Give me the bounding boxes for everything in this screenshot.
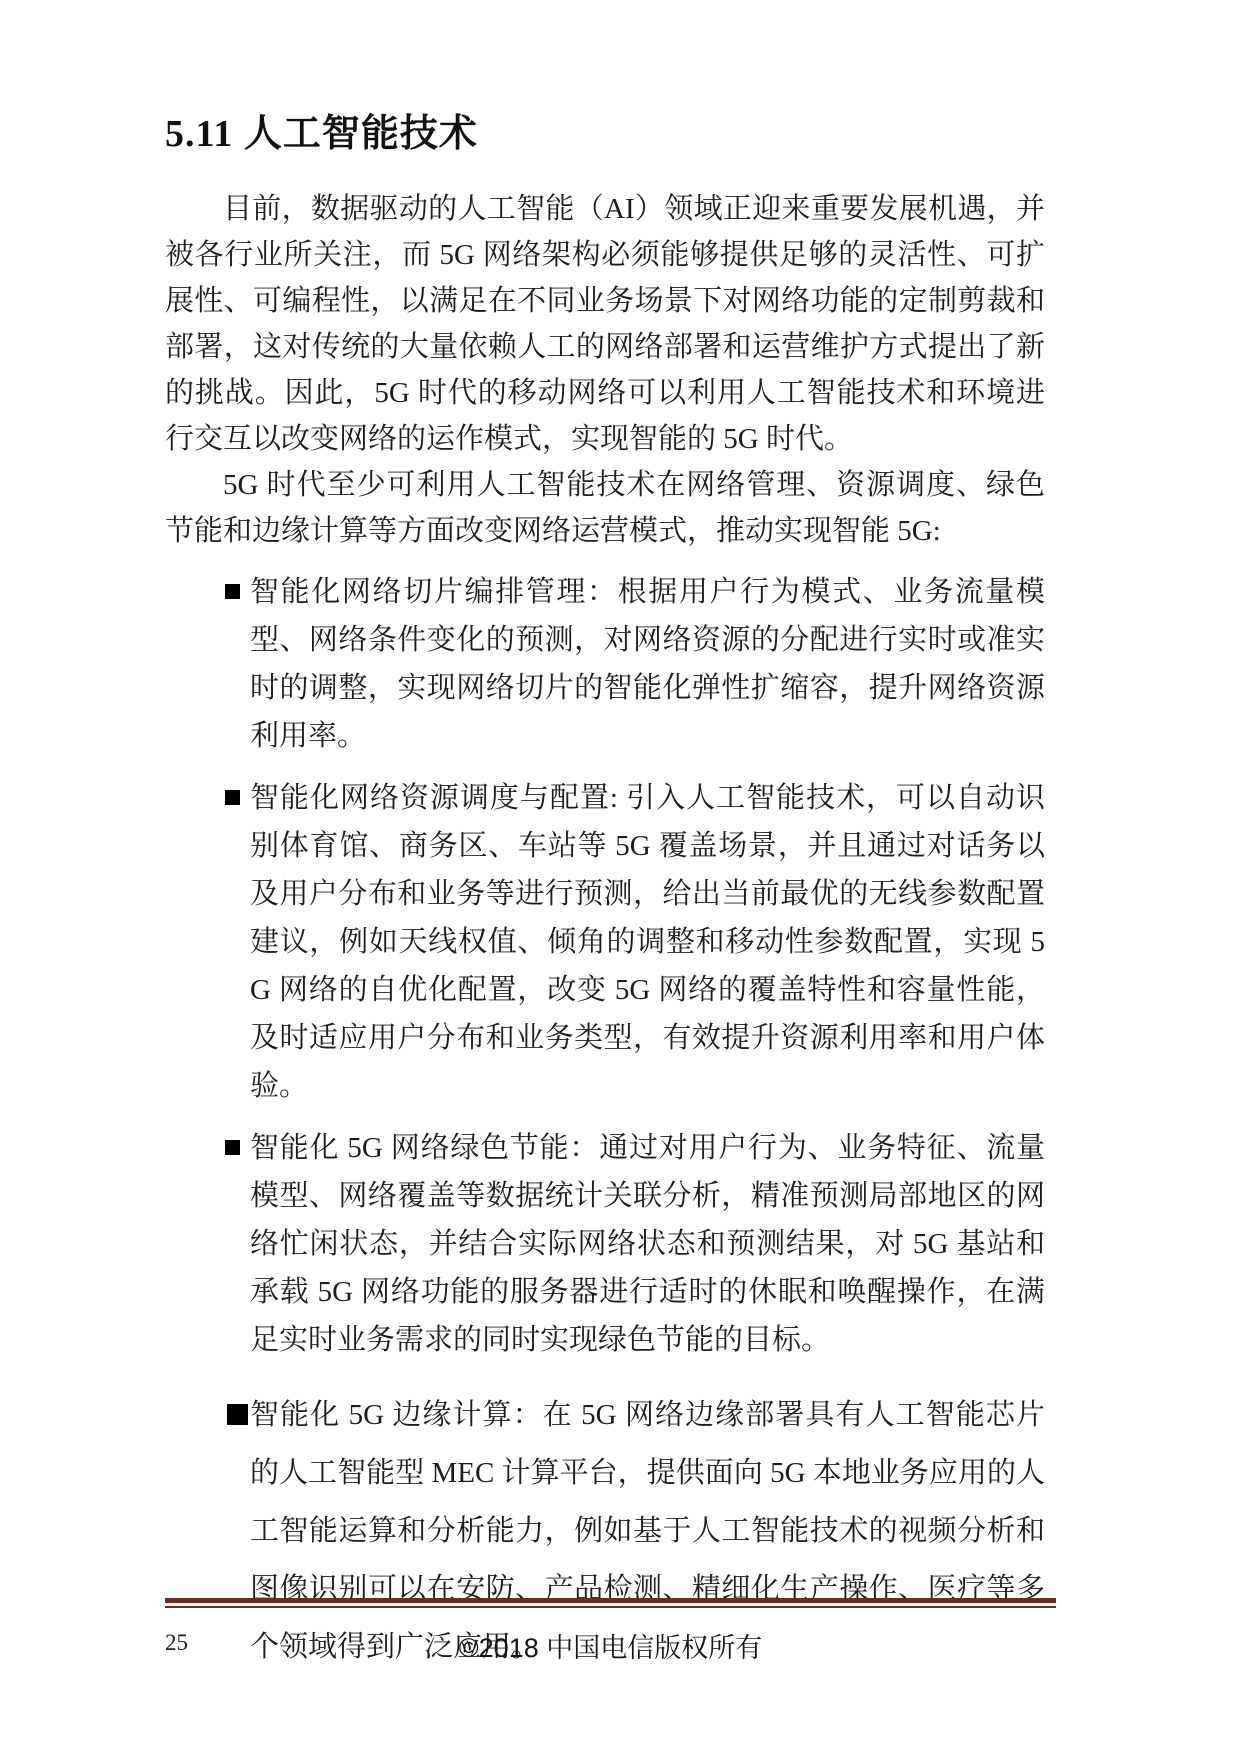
copyright-text: ©2018 中国电信版权所有 [165, 1626, 1056, 1665]
bullet-text: 智能化网络资源调度与配置: 引入人工智能技术，可以自动识别体育馆、商务区、车站等… [250, 782, 1045, 1102]
page-number: 25 [165, 1630, 188, 1656]
square-bullet-icon [225, 790, 240, 805]
list-item-network-slicing: 智能化网络切片编排管理：根据用户行为模式、业务流量模型、网络条件变化的预测，对网… [165, 568, 1045, 760]
square-bullet-icon [225, 1140, 240, 1155]
footer-rule [165, 1598, 1056, 1608]
bullet-list: 智能化网络切片编排管理：根据用户行为模式、业务流量模型、网络条件变化的预测，对网… [165, 568, 1045, 1676]
document-body: 5.11 人工智能技术 目前，数据驱动的人工智能（AI）领域正迎来重要发展机遇，… [165, 112, 1045, 1690]
square-bullet-icon [227, 1404, 248, 1425]
bullet-text: 智能化 5G 网络绿色节能：通过对用户行为、业务特征、流量模型、网络覆盖等数据统… [250, 1132, 1045, 1356]
paragraph-intro: 目前，数据驱动的人工智能（AI）领域正迎来重要发展机遇，并被各行业所关注，而 5… [165, 186, 1045, 462]
section-heading: 5.11 人工智能技术 [165, 112, 1045, 158]
footer-row: 25 ©2018 中国电信版权所有 [165, 1626, 1056, 1662]
square-bullet-icon [225, 584, 240, 599]
list-item-green-energy-saving: 智能化 5G 网络绿色节能：通过对用户行为、业务特征、流量模型、网络覆盖等数据统… [165, 1124, 1045, 1364]
bullet-text: 智能化网络切片编排管理：根据用户行为模式、业务流量模型、网络条件变化的预测，对网… [250, 576, 1045, 752]
paragraph-lead-in: 5G 时代至少可利用人工智能技术在网络管理、资源调度、绿色节能和边缘计算等方面改… [165, 462, 1045, 554]
page-footer: 25 ©2018 中国电信版权所有 [165, 1598, 1056, 1662]
list-item-resource-scheduling: 智能化网络资源调度与配置: 引入人工智能技术，可以自动识别体育馆、商务区、车站等… [165, 774, 1045, 1110]
